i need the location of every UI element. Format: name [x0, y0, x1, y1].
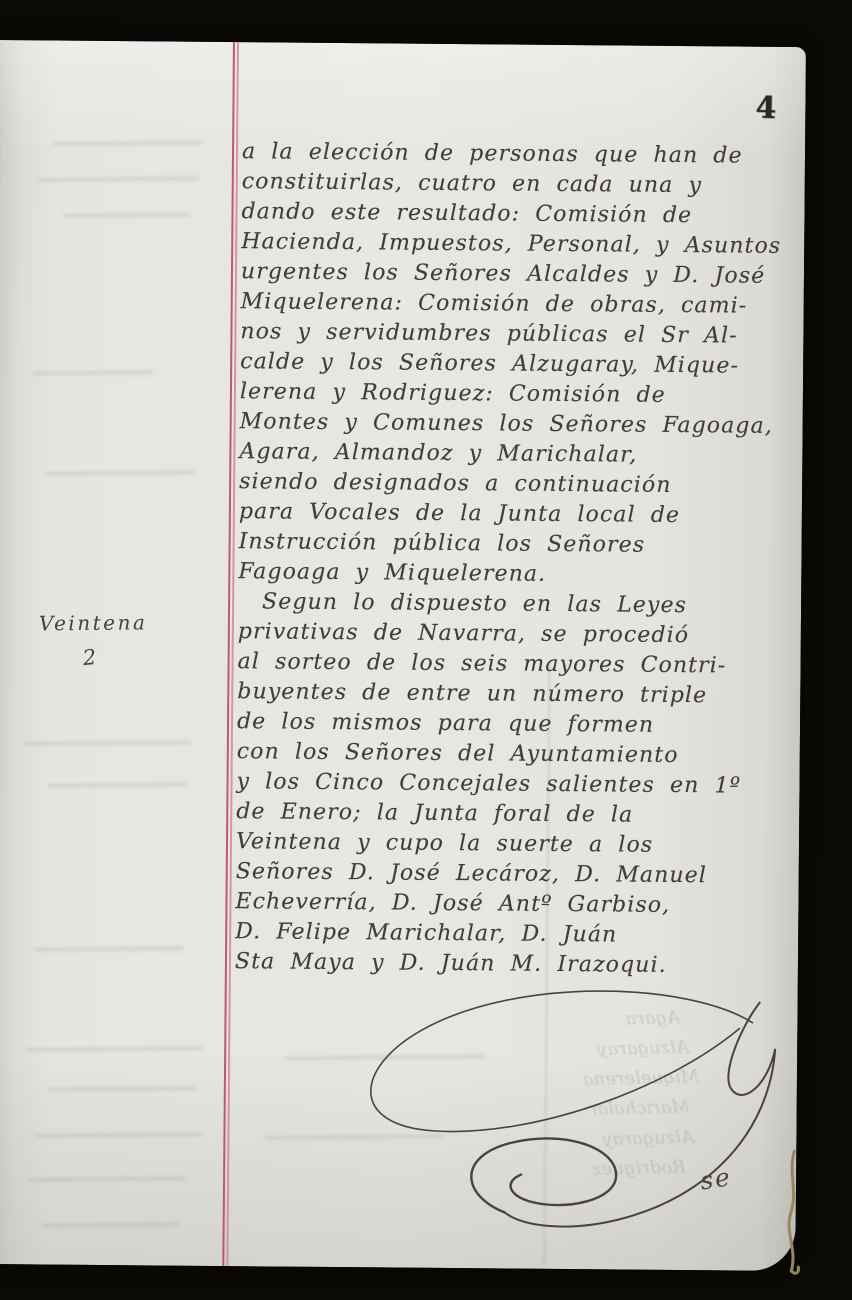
bleedthrough-smudge — [38, 176, 200, 181]
handwritten-line: calde y los Señores Alzugaray, Mique- — [240, 347, 806, 382]
bleedthrough-smudge — [25, 1046, 203, 1052]
bleedthrough-smudge — [47, 1087, 197, 1092]
handwritten-line: de Enero; la Junta foral de la — [236, 797, 802, 832]
handwritten-line: Segun lo dispuesto en las Leyes — [238, 587, 804, 622]
binding-thread — [783, 1149, 808, 1279]
bleedthrough-smudge — [53, 141, 203, 146]
folio-number: 4 — [755, 90, 777, 126]
handwritten-line: Fagoaga y Miquelerena. — [238, 557, 804, 592]
handwritten-line: constituirlas, cuatro en cada una y — [242, 167, 808, 202]
margin-note-mark: 2 — [82, 640, 148, 670]
handwritten-line: Veintena y cupo la suerte a los — [236, 827, 802, 862]
handwritten-line: dando este resultado: Comisión de — [241, 197, 807, 232]
handwritten-line: Montes y Comunes los Señores Fagoaga, — [240, 407, 806, 442]
bleedthrough-smudge — [34, 1132, 202, 1137]
handwritten-line: buyentes de entre un número triple — [237, 677, 803, 712]
handwritten-line: nos y servidumbres públicas el Sr Al- — [240, 317, 806, 352]
handwritten-line: con los Señores del Ayuntamiento — [237, 737, 803, 772]
bleedthrough-smudge — [28, 1176, 186, 1181]
handwritten-line: Hacienda, Impuestos, Personal, y Asuntos — [241, 227, 807, 262]
handwritten-line: Agara, Almandoz y Marichalar, — [239, 437, 805, 472]
handwritten-line: urgentes los Señores Alcaldes y D. José — [241, 257, 807, 292]
bleedthrough-smudge — [42, 1222, 180, 1227]
catchword: se — [698, 1162, 734, 1195]
photo-backdrop: 4 Agara Alzugaray Miquelerena Marichalar… — [0, 0, 852, 1300]
handwritten-line: Sta Maya y D. Juán M. Irazoqui. — [235, 947, 801, 982]
bleedthrough-smudge — [24, 740, 192, 745]
handwritten-line: a la elección de personas que han de — [242, 137, 808, 172]
handwritten-line: y los Cinco Concejales salientes en 1º — [236, 767, 802, 802]
handwritten-line: Miquelerena: Comisión de obras, cami- — [241, 287, 807, 322]
bleedthrough-smudge — [45, 470, 195, 475]
manuscript-page: 4 Agara Alzugaray Miquelerena Marichalar… — [0, 40, 806, 1271]
margin-note: Veintena 2 — [39, 610, 148, 667]
handwritten-line: privativas de Navarra, se procedió — [238, 617, 804, 652]
bleedthrough-smudge — [33, 370, 153, 375]
margin-note-title: Veintena — [39, 610, 148, 635]
handwritten-line: Echeverría, D. José Antº Garbiso, — [235, 887, 801, 922]
handwritten-line: de los mismos para que formen — [237, 707, 803, 742]
handwritten-line: lerena y Rodriguez: Comisión de — [240, 377, 806, 412]
handwritten-line: Señores D. José Lecároz, D. Manuel — [236, 857, 802, 892]
handwritten-line: D. Felipe Marichalar, D. Juán — [235, 917, 801, 952]
handwritten-line: al sorteo de los seis mayores Contri- — [237, 647, 803, 682]
handwritten-line: Instrucción pública los Señores — [238, 527, 804, 562]
manuscript-text-block: a la elección de personas que han de con… — [235, 137, 808, 982]
flourish-y-initial — [335, 985, 797, 1249]
handwritten-line: siendo designados a continuación — [239, 467, 805, 502]
bleedthrough-smudge — [47, 782, 187, 787]
handwritten-line: para Vocales de la Junta local de — [239, 497, 805, 532]
bleedthrough-smudge — [62, 213, 190, 218]
bleedthrough-smudge — [34, 946, 184, 951]
